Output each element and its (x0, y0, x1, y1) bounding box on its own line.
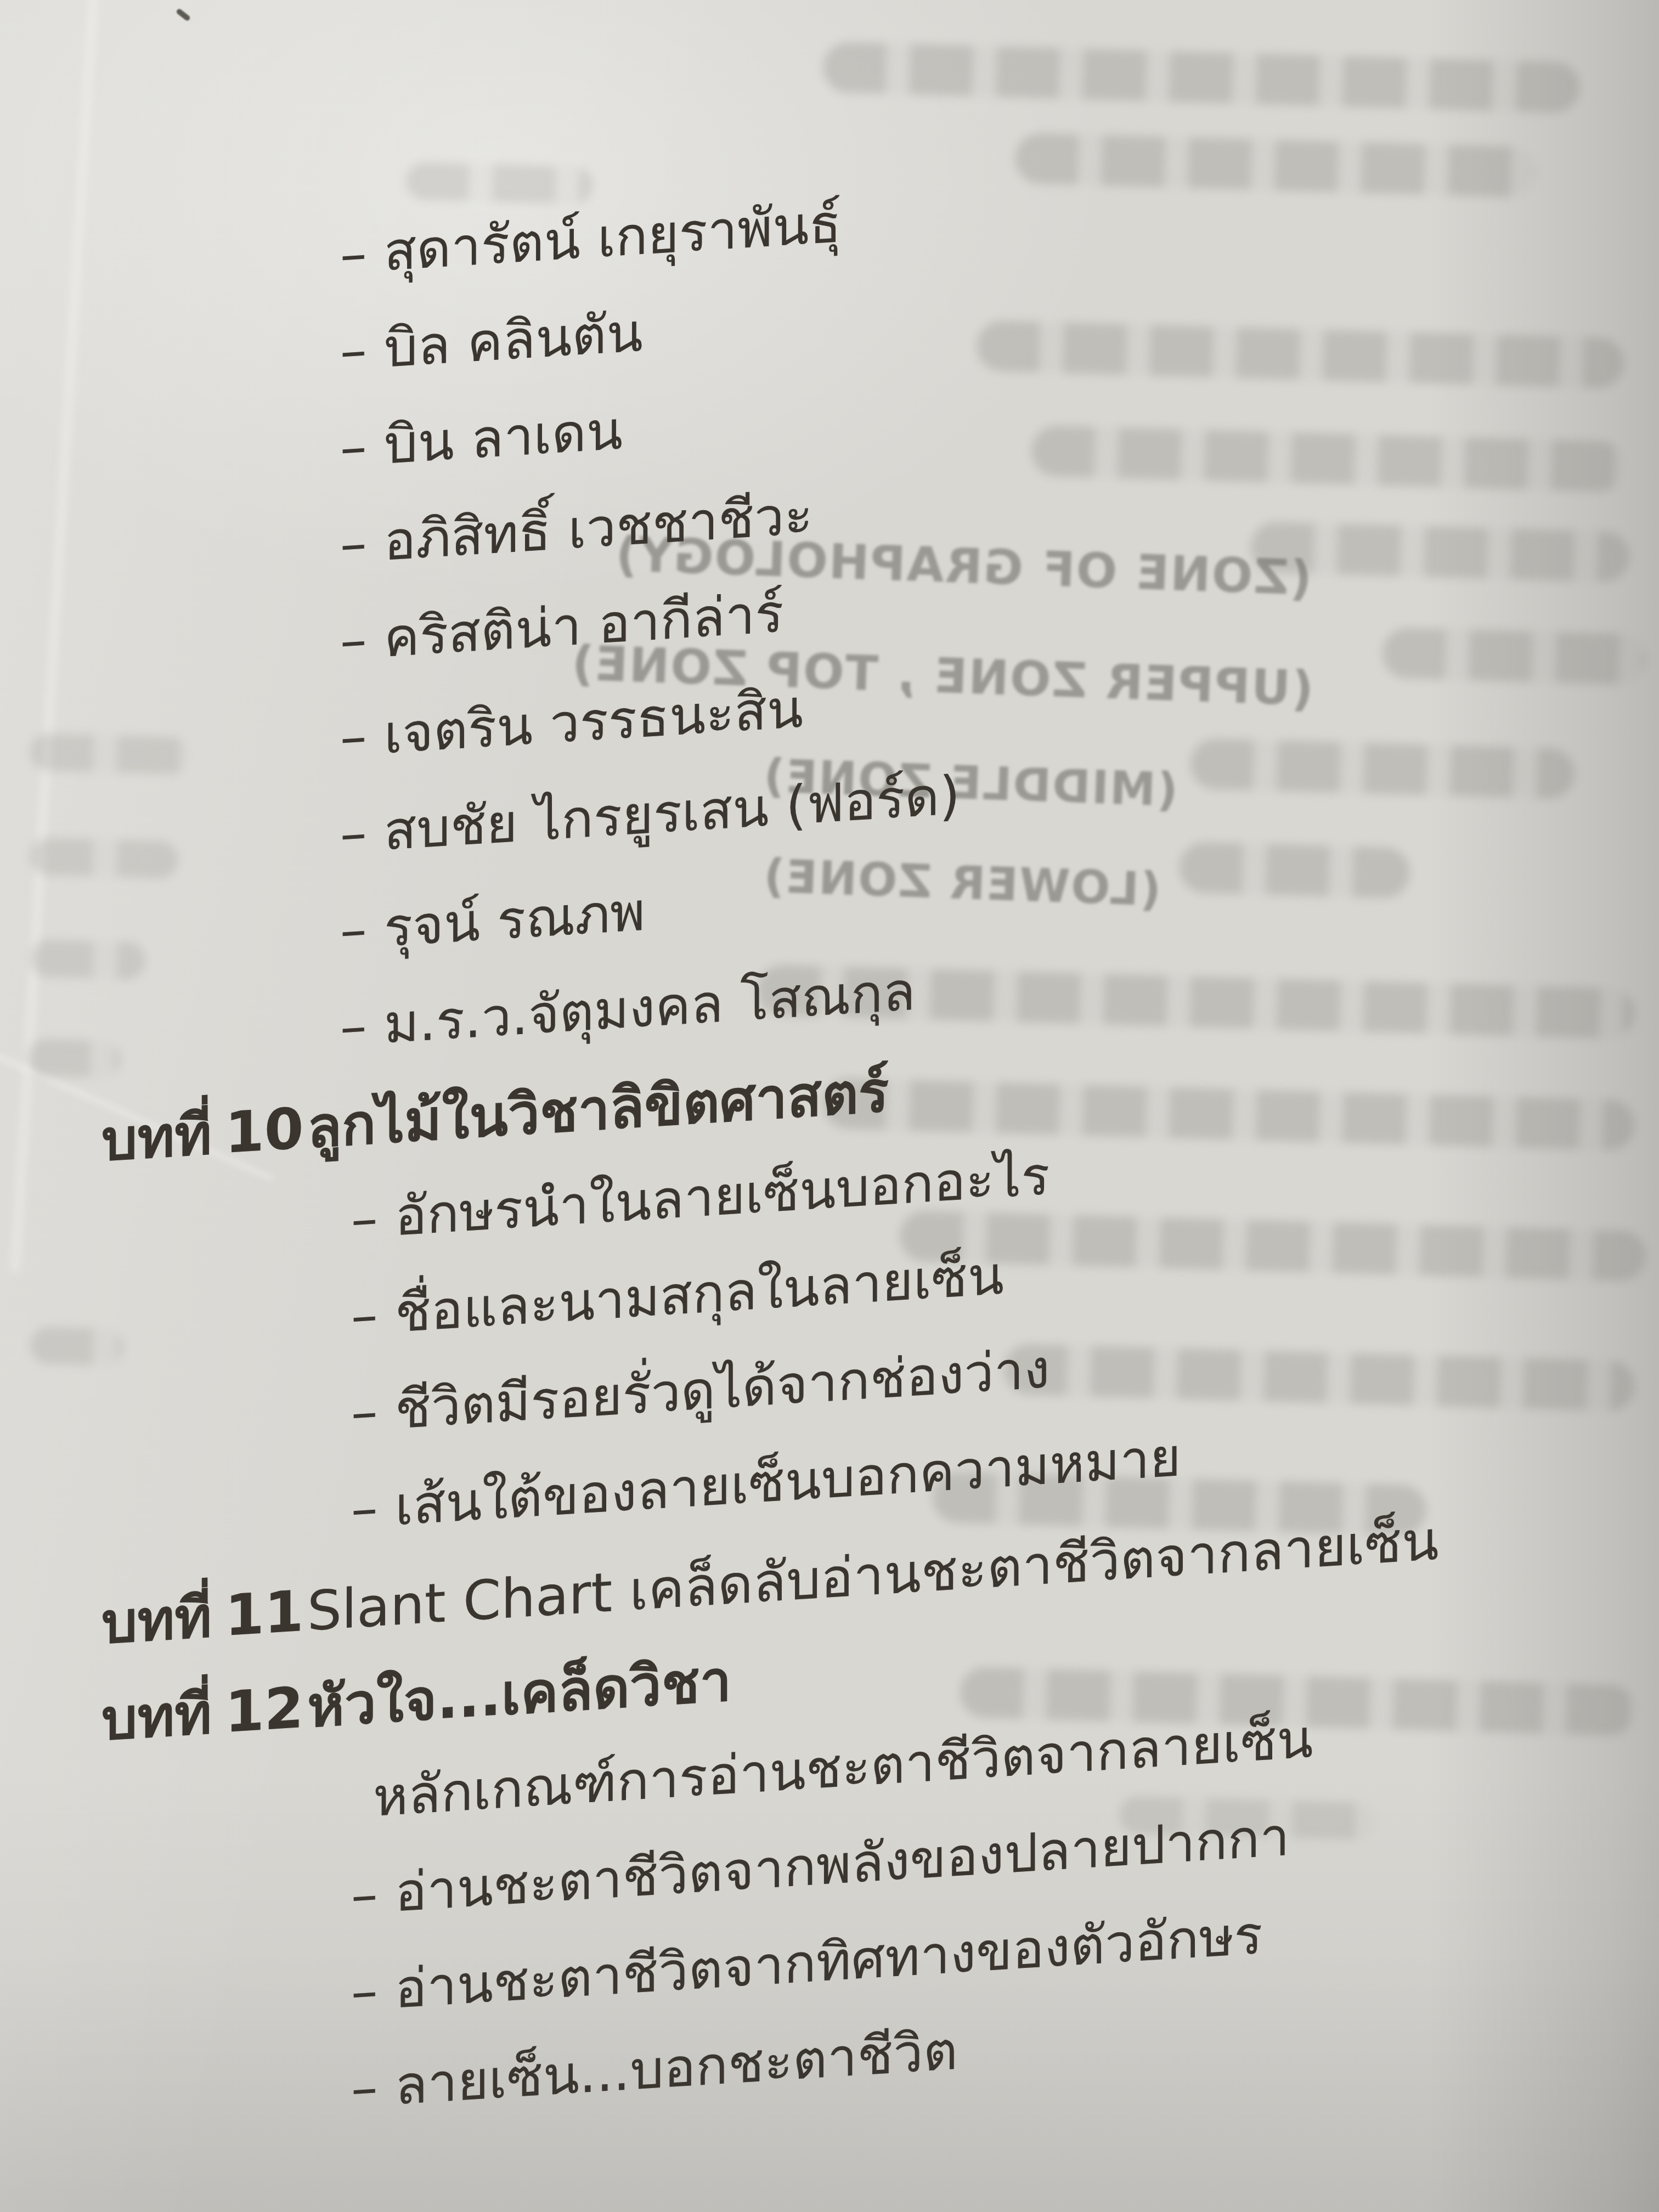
dash-bullet: – (351, 1861, 395, 1926)
dash-bullet: – (351, 1958, 395, 2023)
chapter-number: 12 (225, 1674, 307, 1745)
dash-bullet: – (340, 511, 384, 575)
dash-bullet: – (340, 414, 384, 479)
book-page-photo: (ZONE OF GRAPHOLOGY) (UPPER ZONE , TOP Z… (0, 0, 1659, 2212)
chapter-number: 11 (225, 1578, 307, 1649)
dash-bullet: – (340, 318, 384, 382)
bleed-smudge (822, 42, 1581, 113)
chapter-label: บทที่ (101, 1088, 225, 1186)
chapter-number: 10 (225, 1095, 307, 1166)
toc-name-text: บิล คลินตัน (384, 290, 643, 391)
dash-bullet: – (340, 994, 384, 1058)
dash-bullet: – (340, 897, 384, 962)
dash-bullet: – (340, 607, 384, 672)
dash-bullet: – (340, 221, 384, 286)
dash-bullet: – (351, 1186, 395, 1250)
dash-bullet: – (351, 1475, 395, 1540)
dash-bullet: – (351, 2055, 395, 2119)
dash-bullet: – (340, 704, 384, 769)
dash-bullet: – (351, 1379, 395, 1443)
toc-name-text: บิน ลาเดน (384, 387, 623, 487)
dash-bullet: – (340, 800, 384, 865)
chapter-label: บทที่ (101, 1571, 225, 1668)
table-of-contents: – สุดารัตน์ เกยุราพันธุ์ – บิล คลินตัน –… (93, 125, 1659, 2159)
toc-name-text: รุจน์ รณภพ (384, 869, 645, 970)
dash-bullet: – (351, 1282, 395, 1347)
chapter-label: บทที่ (101, 1668, 225, 1765)
